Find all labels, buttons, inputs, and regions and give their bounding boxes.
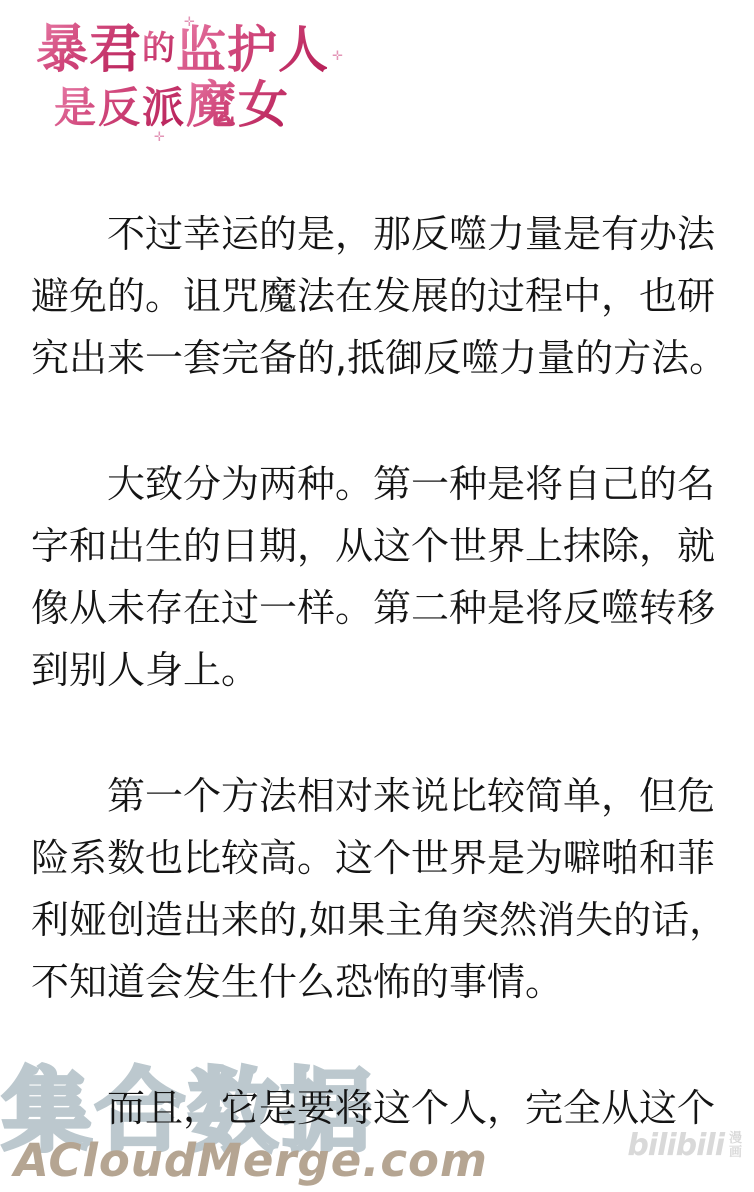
text-line: 险系数也比较高。这个世界是为噼啪和菲 xyxy=(31,827,723,889)
text-line: 而且，它是要将这个人，完全从这个 xyxy=(31,1077,723,1139)
text-line: 利娅创造出来的,如果主角突然消失的话， xyxy=(31,889,723,951)
text-line: 到别人身上。 xyxy=(31,639,723,701)
text-line: 避免的。诅咒魔法在发展的过程中，也研 xyxy=(31,265,723,327)
text-line: 不知道会发生什么恐怖的事情。 xyxy=(31,951,723,1013)
logo-text: 魔女 xyxy=(186,75,290,134)
paragraph-2: 大致分为两种。第一种是将自己的名 字和出生的日期，从这个世界上抹除，就 像从未存… xyxy=(31,453,723,701)
logo-text: 的 xyxy=(142,28,176,67)
bilibili-manhua-label: 漫 画 xyxy=(729,1132,742,1160)
sparkle-icon: ✛ xyxy=(184,16,195,29)
logo-text: 暴君 xyxy=(36,19,142,80)
text-line: 究出来一套完备的,抵御反噬力量的方法。 xyxy=(31,327,723,389)
text-line: 像从未存在过一样。第二种是将反噬转移 xyxy=(31,577,723,639)
logo-text: 监护人 xyxy=(176,20,329,79)
sparkle-icon: ✛ xyxy=(154,131,165,144)
paragraph-1: 不过幸运的是，那反噬力量是有办法 避免的。诅咒魔法在发展的过程中，也研 究出来一… xyxy=(31,203,723,389)
logo-text: 是反派 xyxy=(54,83,186,132)
bilibili-manhua-char-top: 漫 xyxy=(729,1132,742,1146)
logo-line-2: 是反派魔女 xyxy=(54,80,329,130)
paragraph-3: 第一个方法相对来说比较简单，但危 险系数也比较高。这个世界是为噼啪和菲 利娅创造… xyxy=(31,765,723,1013)
text-line: 第一个方法相对来说比较简单，但危 xyxy=(31,765,723,827)
sparkle-icon: ✛ xyxy=(332,50,343,63)
paragraph-4: 而且，它是要将这个人，完全从这个 xyxy=(31,1077,723,1139)
story-text: 不过幸运的是，那反噬力量是有办法 避免的。诅咒魔法在发展的过程中，也研 究出来一… xyxy=(31,203,723,1139)
bilibili-manhua-char-bottom: 画 xyxy=(729,1146,742,1160)
logo-line-1: 暴君的监护人 xyxy=(36,24,329,76)
series-logo: ✛ ✛ ✛ 暴君的监护人 是反派魔女 xyxy=(36,24,329,130)
text-line: 大致分为两种。第一种是将自己的名 xyxy=(31,453,723,515)
text-line: 字和出生的日期，从这个世界上抹除，就 xyxy=(31,515,723,577)
text-line: 不过幸运的是，那反噬力量是有办法 xyxy=(31,203,723,265)
acloudmerge-watermark: ACloudMerge.com xyxy=(14,1134,488,1187)
